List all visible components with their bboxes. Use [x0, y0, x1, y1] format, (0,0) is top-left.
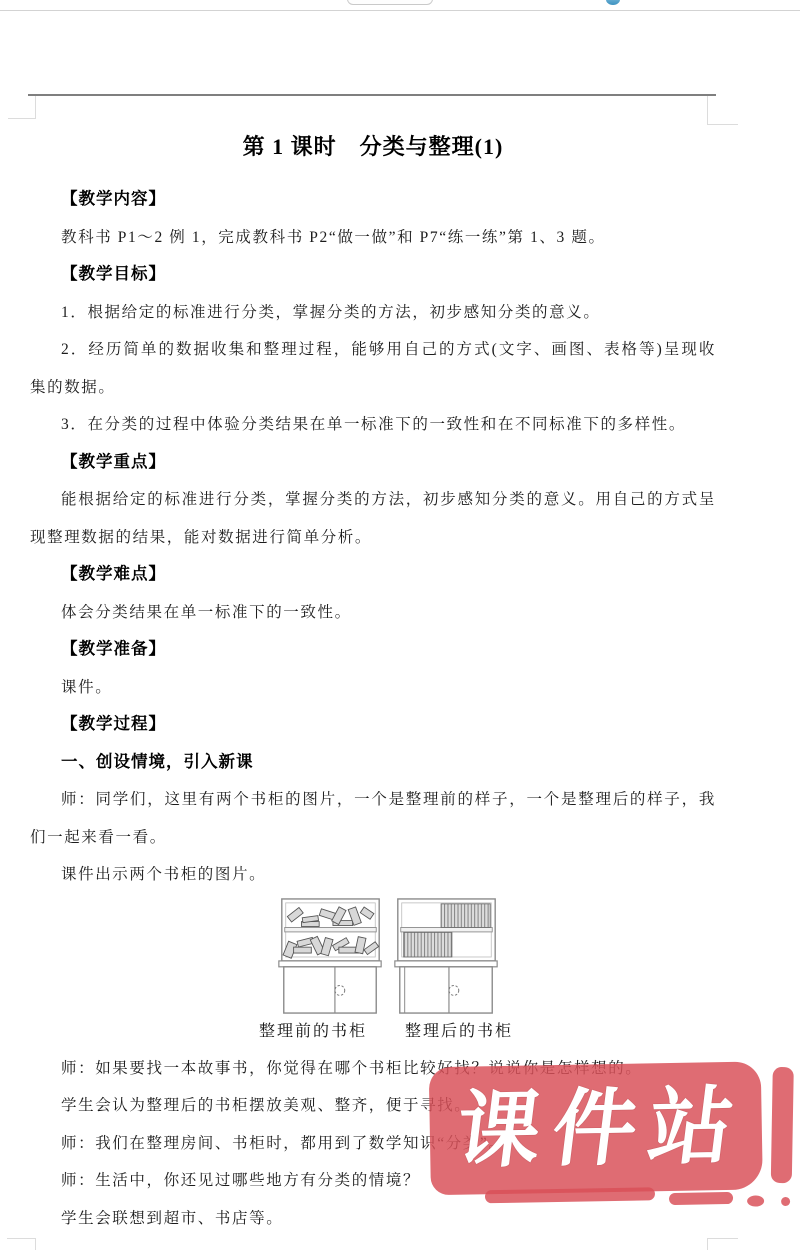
page-title: 第 1 课时 分类与整理(1) [30, 126, 716, 168]
sub-heading: 一、创设情境，引入新课 [30, 744, 716, 782]
toolbar-tab-remnant-icon[interactable] [347, 0, 433, 5]
section-heading: 【教学过程】 [30, 706, 716, 744]
caption-after: 整理后的书柜 [405, 1020, 513, 1044]
document-page: 第 1 课时 分类与整理(1) 【教学内容】 教科书 P1～2 例 1，完成教科… [30, 0, 716, 1237]
paragraph: 师：同学们，这里有两个书柜的图片，一个是整理前的样子，一个是整理后的样子，我们一… [30, 781, 716, 856]
bookcase-before-image [277, 896, 383, 1016]
paragraph: 学生会认为整理后的书柜摆放美观、整齐，便于寻找。 [30, 1087, 716, 1125]
bookcase-figure: 整理前的书柜 整理后的书柜 [30, 896, 716, 1044]
stamp-edge-bar [771, 1067, 794, 1183]
page-margin-mark-bottom-right [707, 1238, 738, 1250]
toolbar-blue-icon[interactable] [606, 0, 620, 5]
section-heading: 【教学内容】 [30, 181, 716, 219]
caption-before: 整理前的书柜 [259, 1020, 367, 1044]
page-margin-mark-bottom-left [7, 1238, 36, 1250]
stamp-bottom-dot [781, 1197, 790, 1206]
paragraph: 师：如果要找一本故事书，你觉得在哪个书柜比较好找？说说你是怎样想的。 [30, 1050, 716, 1088]
section-heading: 【教学重点】 [30, 444, 716, 482]
paragraph: 体会分类结果在单一标准下的一致性。 [30, 594, 716, 632]
paragraph: 2．经历简单的数据收集和整理过程，能够用自己的方式(文字、画图、表格等)呈现收集… [30, 331, 716, 406]
bookcase-captions: 整理前的书柜 整理后的书柜 [43, 1020, 729, 1044]
section-heading: 【教学目标】 [30, 256, 716, 294]
paragraph: 师：生活中，你还见过哪些地方有分类的情境？ [30, 1162, 716, 1200]
section-heading: 【教学准备】 [30, 631, 716, 669]
paragraph: 课件。 [30, 669, 716, 707]
paragraph: 3．在分类的过程中体验分类结果在单一标准下的一致性和在不同标准下的多样性。 [30, 406, 716, 444]
bookcase-after-image [393, 896, 499, 1016]
paragraph: 师：我们在整理房间、书柜时，都用到了数学知识“分类”。 [30, 1125, 716, 1163]
paragraph: 学生会联想到超市、书店等。 [30, 1200, 716, 1238]
paragraph: 能根据给定的标准进行分类，掌握分类的方法，初步感知分类的意义。用自己的方式呈现整… [30, 481, 716, 556]
paragraph: 课件出示两个书柜的图片。 [30, 856, 716, 894]
paragraph: 教科书 P1～2 例 1，完成教科书 P2“做一做”和 P7“练一练”第 1、3… [30, 219, 716, 257]
toolbar-bottom-edge [0, 0, 800, 11]
stamp-bottom-dot [747, 1195, 764, 1206]
bookcase-images [45, 896, 731, 1016]
section-heading: 【教学难点】 [30, 556, 716, 594]
paragraph: 1．根据给定的标准进行分类，掌握分类的方法，初步感知分类的意义。 [30, 294, 716, 332]
